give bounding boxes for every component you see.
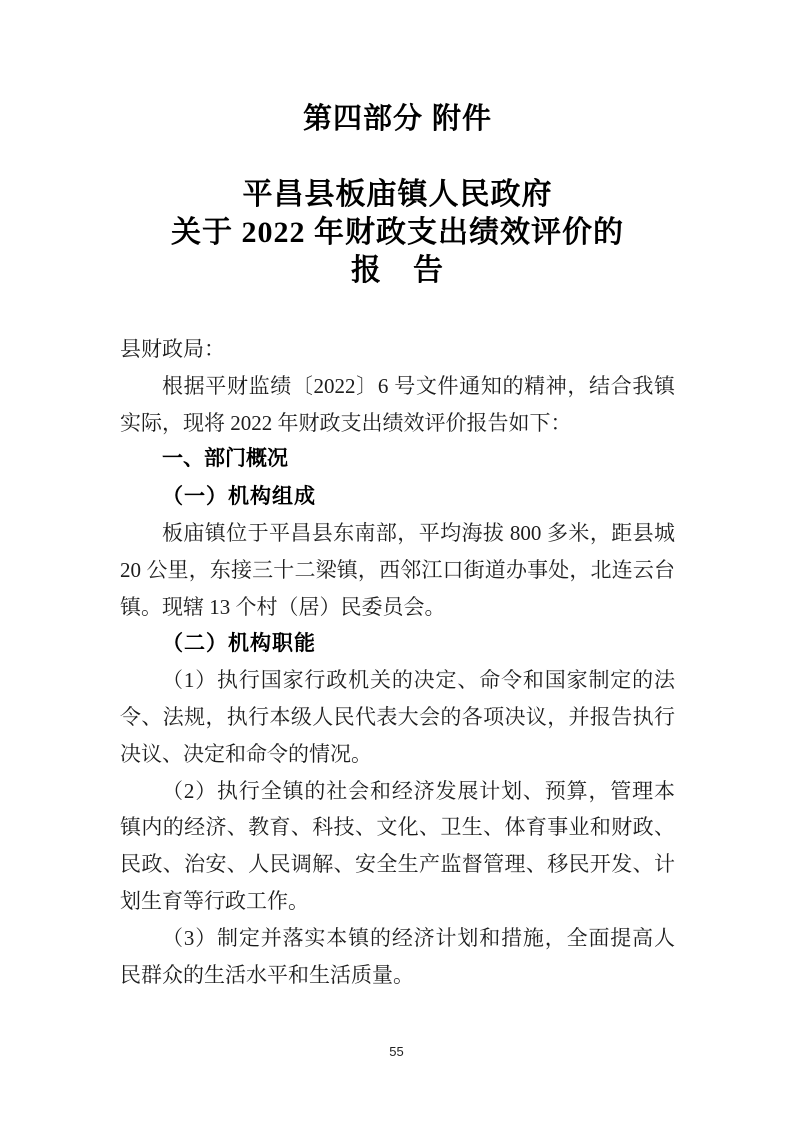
- document-page: 第四部分 附件 平昌县板庙镇人民政府 关于 2022 年财政支出绩效评价的 报 …: [0, 0, 793, 1122]
- report-title-line-1: 平昌县板庙镇人民政府: [120, 176, 675, 214]
- heading-department-overview: 一、部门概况: [120, 441, 675, 478]
- salutation: 县财政局：: [120, 331, 675, 368]
- heading-org-composition: （一）机构组成: [120, 478, 675, 515]
- heading-org-functions: （二）机构职能: [120, 625, 675, 662]
- paragraph-function-3: （3）制定并落实本镇的经济计划和措施，全面提高人民群众的生活水平和生活质量。: [120, 920, 675, 994]
- paragraph-function-1: （1）执行国家行政机关的决定、命令和国家制定的法令、法规，执行本级人民代表大会的…: [120, 662, 675, 772]
- report-title-line-2: 关于 2022 年财政支出绩效评价的: [120, 214, 675, 252]
- section-title: 第四部分 附件: [120, 0, 675, 138]
- paragraph-function-2: （2）执行全镇的社会和经济发展计划、预算，管理本镇内的经济、教育、科技、文化、卫…: [120, 773, 675, 920]
- paragraph-location: 板庙镇位于平昌县东南部，平均海拔 800 多米，距县城 20 公里，东接三十二梁…: [120, 515, 675, 625]
- paragraph-intro: 根据平财监绩〔2022〕6 号文件通知的精神，结合我镇实际，现将 2022 年财…: [120, 368, 675, 442]
- report-title: 平昌县板庙镇人民政府 关于 2022 年财政支出绩效评价的 报 告: [120, 176, 675, 290]
- report-title-line-3: 报 告: [120, 252, 675, 290]
- document-body: 县财政局： 根据平财监绩〔2022〕6 号文件通知的精神，结合我镇实际，现将 2…: [120, 331, 675, 993]
- page-number: 55: [0, 1044, 793, 1060]
